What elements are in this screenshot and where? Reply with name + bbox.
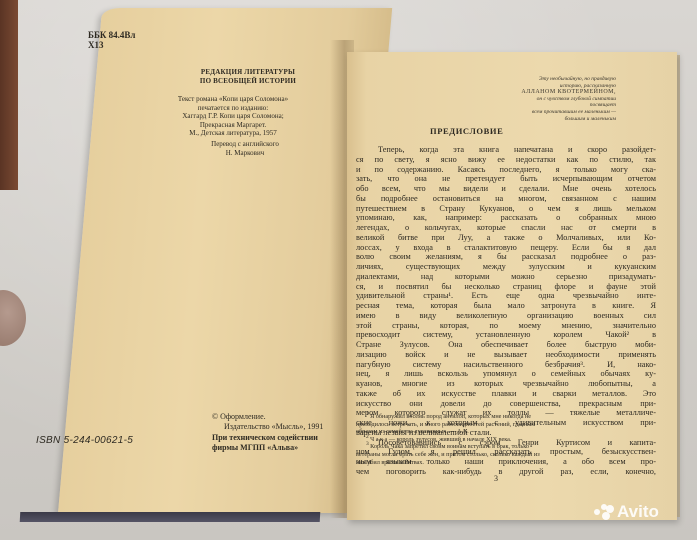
text-line: легендах, о кольчугах, которые спасли на… <box>356 223 656 233</box>
text-line: чем поговорить как-нибудь в другой раз, … <box>356 467 656 477</box>
chapter-heading: ПРЕДИСЛОВИЕ <box>430 126 503 136</box>
translator-credit: Перевод с английского Н. Маркович <box>200 140 290 157</box>
text-line: диалектами, над которыми можно серьезно … <box>356 272 656 282</box>
text-line: Теперь, когда эта книга напечатана и ско… <box>356 145 656 155</box>
text-line: обо всем, что мы видели и сделали. Мне о… <box>356 184 656 194</box>
text-line: искусство они довели до совершенства, пр… <box>356 399 656 409</box>
dedication-line: посвящает <box>476 102 616 109</box>
text-line: личиях, существующих между зулусским и к… <box>356 262 656 272</box>
watermark-brand: Avito <box>617 502 659 522</box>
copyright-line: © Оформление. <box>212 412 323 422</box>
copyright-notice: © Оформление. Издательство «Мысль», 1991 <box>212 412 323 432</box>
wooden-surface <box>0 0 18 190</box>
footnotes: 1 Я обнаружил восемь пород антилоп, кото… <box>356 413 656 466</box>
footnote-line: них убил врагов в битвах. <box>356 459 656 467</box>
footnote-marker: 3 <box>366 441 370 447</box>
avito-dots-icon <box>594 504 614 520</box>
editorial-line: РЕДАКЦИЯ ЛИТЕРАТУРЫ <box>198 68 298 77</box>
text-line: бы подробнее остановиться на многом, свя… <box>356 194 656 204</box>
editorial-office: РЕДАКЦИЯ ЛИТЕРАТУРЫ ПО ВСЕОБЩЕЙ ИСТОРИИ <box>198 68 298 85</box>
text-line: удивительной страны¹. Есть еще одна чрез… <box>356 291 656 301</box>
editorial-line: ПО ВСЕОБЩЕЙ ИСТОРИИ <box>198 77 298 86</box>
text-line: имею в виду великолепную организацию вое… <box>356 311 656 321</box>
book-cover-edge <box>20 512 321 522</box>
footnote-line: 3 Король Чака запретил своим воинам всту… <box>356 443 656 451</box>
footnote-marker: 2 <box>366 434 370 440</box>
translation-line: Перевод с английского <box>200 140 290 149</box>
text-line: ся по свету, я ясно вижу ее недостатки к… <box>356 155 656 165</box>
footnote-line: приходилось встречать, и много разновидн… <box>356 421 656 429</box>
text-line: нец, я лишь вскользь упомянул о семейных… <box>356 369 656 379</box>
source-line: М., Детская литература, 1957 <box>163 129 303 138</box>
text-line: зать, что она не претендует быть исчерпы… <box>356 174 656 184</box>
bbk-code: ББК 84.4Вл <box>88 30 135 40</box>
publisher-line: Издательство «Мысль», 1991 <box>212 422 323 432</box>
text-line: пагубную систему насильственного безбрач… <box>356 360 656 370</box>
footnote-line: ветераны могли брать себе жен, и притом … <box>356 451 656 459</box>
technical-assistance-note: При техническом содействии фирмы МГПП «А… <box>212 433 318 453</box>
dedication: Эту необычайную, но правдивую историю, р… <box>476 76 616 122</box>
technical-line: При техническом содействии <box>212 433 318 443</box>
dedication-line: большим и маленьким <box>476 116 616 123</box>
text-line: и по содержанию. Касаясь последнего, я т… <box>356 165 656 175</box>
text-line: путешествием в Страну Кукуанов, о чем я … <box>356 204 656 214</box>
text-line: превосходит систему, установленную корол… <box>356 330 656 340</box>
footnote-marker: 1 <box>366 411 370 417</box>
text-line: лоссах, у входа в сталактитовую пещеру. … <box>356 243 656 253</box>
text-line: также об их искусстве плавки и сварки ме… <box>356 389 656 399</box>
footnote-line: 1 Я обнаружил восемь пород антилоп, кото… <box>356 413 656 421</box>
bbk-classification: ББК 84.4Вл Х13 <box>88 30 135 50</box>
text-line: лизацию войск и не вызывает необходимост… <box>356 350 656 360</box>
translator-name: Н. Маркович <box>200 149 290 158</box>
source-edition-note: Текст романа «Копи царя Соломона» печата… <box>163 95 303 138</box>
technical-line: фирмы МГПП «Альва» <box>212 443 318 453</box>
text-line: куанов, многие из которых чрезвычайно лю… <box>356 379 656 389</box>
text-line: упоминаю, как, например: рассказать о со… <box>356 213 656 223</box>
text-line: этой страны, которая, по моему мнению, з… <box>356 321 656 331</box>
text-line: волю своим желаниям, я бы рассказал подр… <box>356 252 656 262</box>
text-line: ресная тема, которая была мало затронута… <box>356 301 656 311</box>
footnote-line: образом из семейства луковичных. — А.К. <box>356 428 656 436</box>
source-line: Прекрасная Маргарет. <box>163 121 303 130</box>
avito-watermark: Avito <box>594 502 659 522</box>
dedication-line: Эту необычайную, но правдивую <box>476 76 616 83</box>
isbn: ISBN 5-244-00621-5 <box>36 435 133 446</box>
page-number: 3 <box>494 474 498 483</box>
dedication-author-name: АЛЛАНОМ КВОТЕРМЕЙНОМ, <box>476 89 616 96</box>
dedication-line: он с чувством глубокой симпатии <box>476 96 616 103</box>
text-line: Стране Зулусов. Она обеспечивает более б… <box>356 340 656 350</box>
author-mark: Х13 <box>88 40 135 50</box>
text-line: великой битве при Луу, а также о Молчали… <box>356 233 656 243</box>
dedication-line: всем прочитавшим ее маленьким — <box>476 109 616 116</box>
text-line: ся, и посвятил бы несколько страниц флор… <box>356 282 656 292</box>
source-line: печатается по изданию: <box>163 104 303 113</box>
source-line: Текст романа «Копи царя Соломона» <box>163 95 303 104</box>
source-line: Хаггард Г.Р. Копи царя Соломона; <box>163 112 303 121</box>
